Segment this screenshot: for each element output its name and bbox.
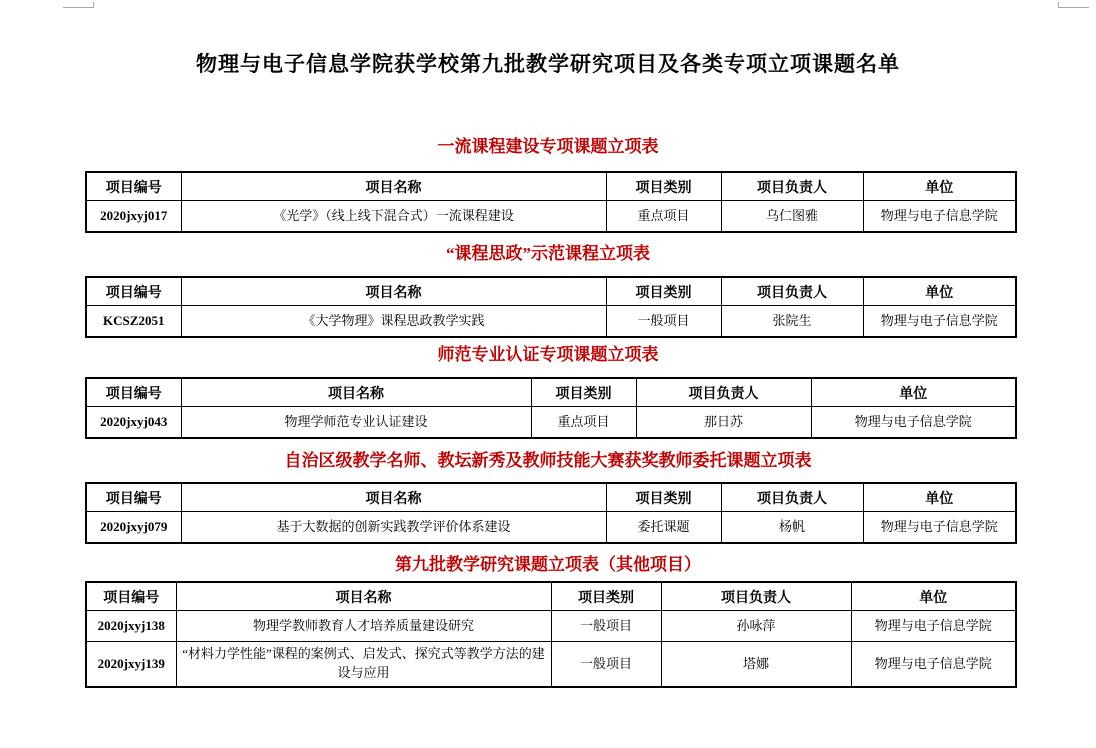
project-table: 项目编号项目名称项目类别项目负责人单位2020jxyj138物理学教师教育人才培… [85,581,1017,688]
table-row: 2020jxyj138物理学教师教育人才培养质量建设研究一般项目孙咏萍物理与电子… [86,611,1016,642]
table-header-row: 项目编号项目名称项目类别项目负责人单位 [86,378,1016,407]
column-header: 单位 [863,277,1016,306]
column-header: 项目编号 [86,277,181,306]
unit-cell: 物理与电子信息学院 [863,201,1016,233]
project-name-cell: 物理学师范专业认证建设 [181,407,531,439]
project-leader-cell: 杨帆 [721,512,863,544]
column-header: 项目名称 [181,378,531,407]
column-header: 项目名称 [181,483,606,512]
document-title: 物理与电子信息学院获学校第九批教学研究项目及各类专项立项课题名单 [0,48,1096,78]
column-header: 项目名称 [176,582,551,611]
column-header: 项目类别 [531,378,636,407]
project-table-wrap: 项目编号项目名称项目类别项目负责人单位KCSZ2051《大学物理》课程思政教学实… [85,276,1015,338]
unit-cell: 物理与电子信息学院 [863,512,1016,544]
project-table-wrap: 项目编号项目名称项目类别项目负责人单位2020jxyj138物理学教师教育人才培… [85,581,1015,688]
project-type-cell: 重点项目 [531,407,636,439]
column-header: 项目编号 [86,172,181,201]
project-type-cell: 委托课题 [606,512,721,544]
project-table-wrap: 项目编号项目名称项目类别项目负责人单位2020jxyj079基于大数据的创新实践… [85,482,1015,544]
column-header: 项目类别 [606,277,721,306]
unit-cell: 物理与电子信息学院 [811,407,1016,439]
document-page: 物理与电子信息学院获学校第九批教学研究项目及各类专项立项课题名单 一流课程建设专… [0,0,1096,748]
column-header: 单位 [863,172,1016,201]
table-row: 2020jxyj017《光学》（线上线下混合式）一流课程建设重点项目乌仁图雅物理… [86,201,1016,233]
column-header: 项目负责人 [661,582,851,611]
project-id-cell: 2020jxyj139 [86,642,176,688]
project-id-cell: KCSZ2051 [86,306,181,338]
project-table: 项目编号项目名称项目类别项目负责人单位2020jxyj017《光学》（线上线下混… [85,171,1017,233]
project-table: 项目编号项目名称项目类别项目负责人单位KCSZ2051《大学物理》课程思政教学实… [85,276,1017,338]
table-row: 2020jxyj043物理学师范专业认证建设重点项目那日苏物理与电子信息学院 [86,407,1016,439]
project-id-cell: 2020jxyj138 [86,611,176,642]
column-header: 项目类别 [606,172,721,201]
column-header: 项目名称 [181,277,606,306]
column-header: 项目类别 [606,483,721,512]
section-title: 第九批教学研究课题立项表（其他项目） [0,554,1096,576]
project-type-cell: 一般项目 [551,611,661,642]
section-title: 自治区级教学名师、教坛新秀及教师技能大赛获奖教师委托课题立项表 [0,450,1096,472]
project-leader-cell: 乌仁图雅 [721,201,863,233]
section-title: 师范专业认证专项课题立项表 [0,344,1096,366]
column-header: 项目编号 [86,582,176,611]
column-header: 项目名称 [181,172,606,201]
unit-cell: 物理与电子信息学院 [863,306,1016,338]
table-row: 2020jxyj079基于大数据的创新实践教学评价体系建设委托课题杨帆物理与电子… [86,512,1016,544]
column-header: 项目负责人 [636,378,811,407]
project-name-cell: 《大学物理》课程思政教学实践 [181,306,606,338]
column-header: 项目编号 [86,378,181,407]
unit-cell: 物理与电子信息学院 [851,611,1016,642]
section-title: 一流课程建设专项课题立项表 [0,136,1096,158]
project-leader-cell: 张院生 [721,306,863,338]
page-corner-mark-right [1058,2,1089,8]
project-type-cell: 一般项目 [551,642,661,688]
project-name-cell: 物理学教师教育人才培养质量建设研究 [176,611,551,642]
project-id-cell: 2020jxyj079 [86,512,181,544]
project-table-wrap: 项目编号项目名称项目类别项目负责人单位2020jxyj043物理学师范专业认证建… [85,377,1015,439]
table-header-row: 项目编号项目名称项目类别项目负责人单位 [86,582,1016,611]
project-table: 项目编号项目名称项目类别项目负责人单位2020jxyj079基于大数据的创新实践… [85,482,1017,544]
project-leader-cell: 那日苏 [636,407,811,439]
unit-cell: 物理与电子信息学院 [851,642,1016,688]
project-id-cell: 2020jxyj017 [86,201,181,233]
table-row: 2020jxyj139“材料力学性能”课程的案例式、启发式、探究式等教学方法的建… [86,642,1016,688]
project-table: 项目编号项目名称项目类别项目负责人单位2020jxyj043物理学师范专业认证建… [85,377,1017,439]
project-leader-cell: 塔娜 [661,642,851,688]
project-type-cell: 重点项目 [606,201,721,233]
column-header: 项目负责人 [721,483,863,512]
column-header: 项目负责人 [721,172,863,201]
column-header: 项目类别 [551,582,661,611]
column-header: 单位 [863,483,1016,512]
section-title: “课程思政”示范课程立项表 [0,243,1096,265]
project-type-cell: 一般项目 [606,306,721,338]
project-name-cell: 基于大数据的创新实践教学评价体系建设 [181,512,606,544]
table-header-row: 项目编号项目名称项目类别项目负责人单位 [86,483,1016,512]
table-header-row: 项目编号项目名称项目类别项目负责人单位 [86,277,1016,306]
column-header: 项目负责人 [721,277,863,306]
project-table-wrap: 项目编号项目名称项目类别项目负责人单位2020jxyj017《光学》（线上线下混… [85,171,1015,233]
table-row: KCSZ2051《大学物理》课程思政教学实践一般项目张院生物理与电子信息学院 [86,306,1016,338]
page-corner-mark-left [63,2,94,8]
project-id-cell: 2020jxyj043 [86,407,181,439]
project-name-cell: “材料力学性能”课程的案例式、启发式、探究式等教学方法的建设与应用 [176,642,551,688]
column-header: 单位 [811,378,1016,407]
project-name-cell: 《光学》（线上线下混合式）一流课程建设 [181,201,606,233]
project-leader-cell: 孙咏萍 [661,611,851,642]
column-header: 项目编号 [86,483,181,512]
table-header-row: 项目编号项目名称项目类别项目负责人单位 [86,172,1016,201]
column-header: 单位 [851,582,1016,611]
